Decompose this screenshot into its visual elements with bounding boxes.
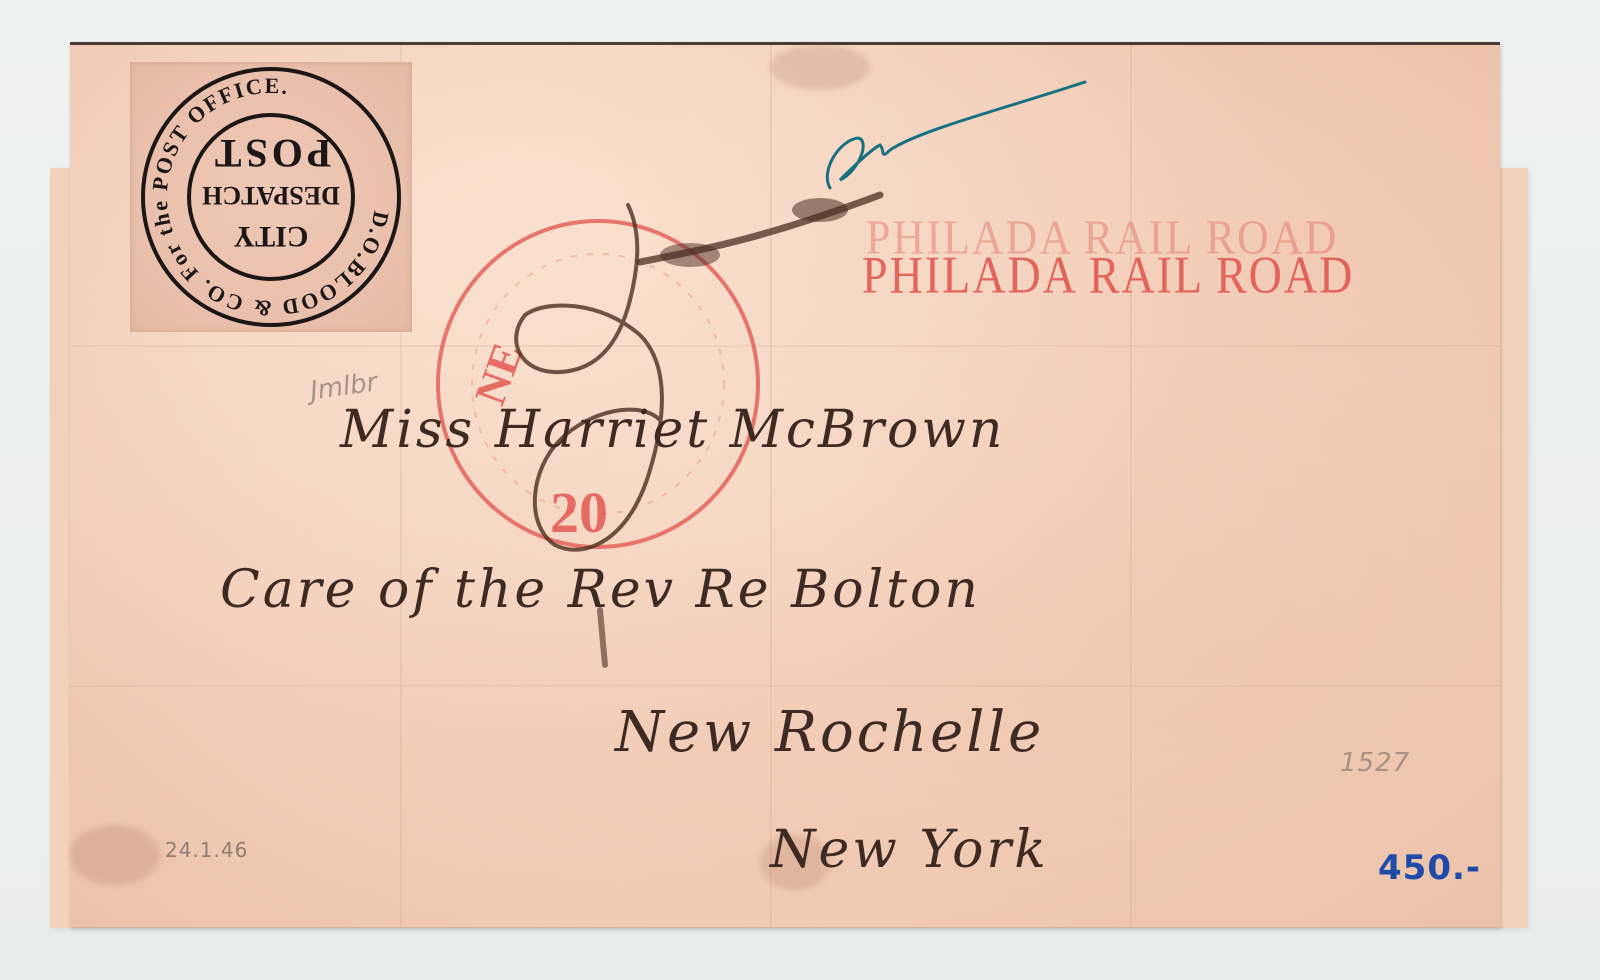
water-stain <box>770 45 870 90</box>
stamp-design: D.O.BLOOD & CO. For the POST OFFICE. CIT… <box>130 62 412 332</box>
fold-line <box>770 45 772 927</box>
fold-line <box>70 345 1500 347</box>
pencil-catalog-number: 1527 <box>1340 748 1410 778</box>
fold-line <box>70 685 1500 687</box>
pencil-date: 24.1.46 <box>165 838 248 862</box>
stamp-city-text: CITY <box>233 220 308 253</box>
red-circular-datestamp: NE 20 <box>430 212 770 562</box>
address-line-care-of: Care of the Rev Re Bolton <box>220 560 981 620</box>
cds-date-text: 20 <box>550 480 608 545</box>
address-line-state: New York <box>770 820 1049 880</box>
blue-price-annotation: 450.- <box>1378 848 1481 888</box>
stamp-despatch-text: DESPATCH <box>202 181 340 210</box>
address-line-recipient: Miss Harriet McBrown <box>340 400 1005 460</box>
railroad-marking: PHILADA RAIL ROAD <box>862 244 1354 305</box>
address-line-town: New Rochelle <box>615 700 1044 765</box>
stamp-post-text: POST <box>211 131 331 176</box>
fold-line <box>1130 45 1132 927</box>
water-stain <box>70 825 160 885</box>
blood-despatch-stamp: D.O.BLOOD & CO. For the POST OFFICE. CIT… <box>130 62 412 332</box>
